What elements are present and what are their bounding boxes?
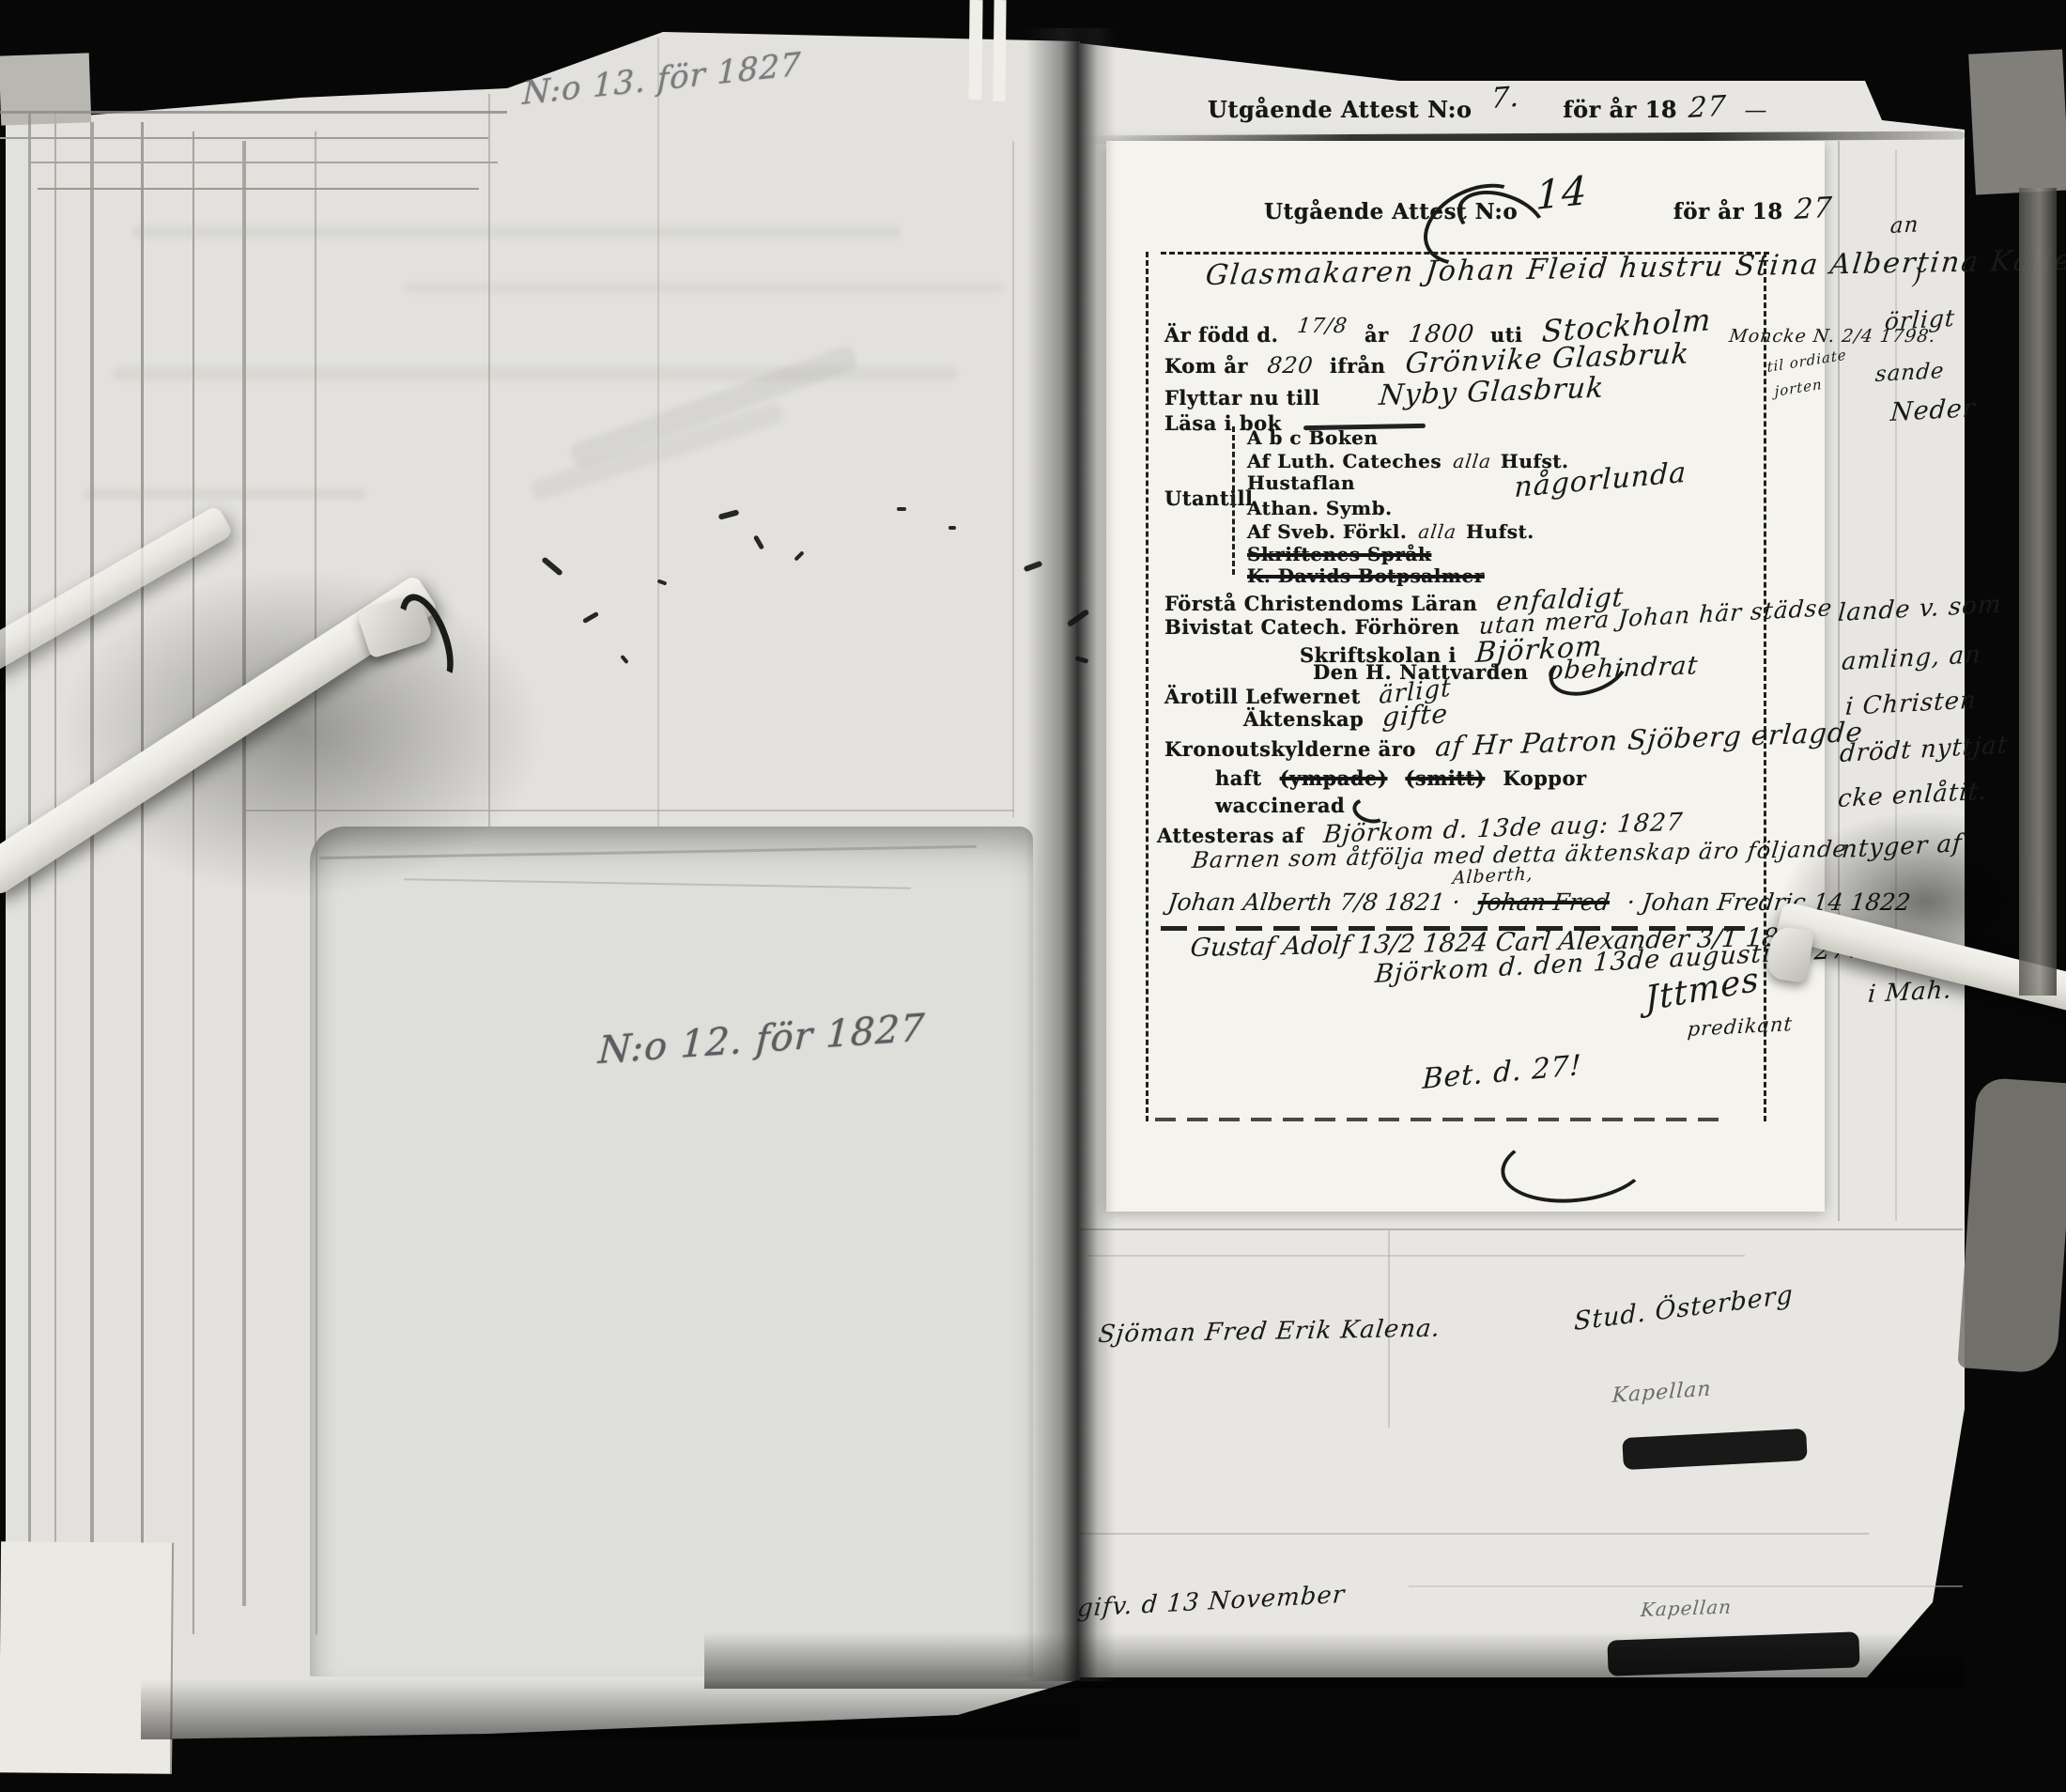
utantill-item-text: K. Davids Botpsalmer xyxy=(1247,564,1485,587)
person-line-row: Glasmakaren Johan Fleid hustru Stina Alb… xyxy=(1204,259,2066,292)
born-date-handwritten: 17/8 xyxy=(1296,315,1349,338)
utantill-item: Af Luth. Cateches alla Hufst. xyxy=(1247,450,1568,472)
paper-edge-line xyxy=(1409,1585,1963,1587)
pox-struck2: (smitt) xyxy=(1405,766,1485,790)
pox-row: haft (ympade) (smitt) Koppor xyxy=(1215,766,1587,790)
crease-line xyxy=(316,845,317,1634)
ghost-writing xyxy=(404,282,1005,293)
utantill-item: Hustaflan xyxy=(1247,471,1355,494)
utantill-item-text: Af Luth. Cateches xyxy=(1247,450,1442,472)
ghost-writing xyxy=(85,488,366,500)
utantill-item-struck: Skriftenes Språk xyxy=(1247,543,1431,565)
pox-struck1: (ympade) xyxy=(1280,766,1388,790)
moves-label: Flyttar nu till xyxy=(1164,386,1319,409)
pox-label: haft xyxy=(1215,766,1262,790)
margin-fragment: sande xyxy=(1874,359,1945,387)
bookmark-ribbon xyxy=(968,0,982,100)
header-year-handwritten: 27 xyxy=(1688,90,1728,125)
margin-fragment: örligt xyxy=(1884,304,1956,335)
attest-number-handwritten: 14 xyxy=(1535,167,1588,219)
utantill-item: Af Sveb. Förkl. alla Hufst. xyxy=(1247,520,1534,543)
ink-dash-underline xyxy=(1155,1118,1719,1121)
annotation-row1-left: Sjöman Fred Erik Kalena. xyxy=(1097,1315,1442,1349)
paper-edge-line xyxy=(1012,141,1014,817)
vaccinated-label: waccinerad xyxy=(1215,794,1345,817)
marriage-row: Äktenskap gifte xyxy=(1243,702,1448,733)
spine-shadow xyxy=(1025,28,1116,1681)
paper-edge-line xyxy=(1087,1255,1745,1257)
attest-sheet: Utgående Attest N:o 14 för år 18 27 Glas… xyxy=(1106,141,1825,1212)
taxes-row: Kronoutskylderne äro af Hr Patron Sjöber… xyxy=(1164,731,1862,763)
came-row: Kom år 820 ifrån Grönvike Glasbruk xyxy=(1164,348,1688,380)
paper-edge-line xyxy=(1080,1228,1963,1230)
utantill-item-struck: K. Davids Botpsalmer xyxy=(1247,564,1485,587)
receipt-scrawl: Bet. d. 27! xyxy=(1422,1049,1582,1096)
came-label: Kom år xyxy=(1164,354,1248,378)
header-printed-right: för år 18 xyxy=(1563,96,1677,123)
utantill-label-row: Utantill xyxy=(1164,487,1254,510)
communion-hw: obehindrat xyxy=(1547,651,1700,686)
creased-sheet xyxy=(310,826,1033,1676)
form-border-left xyxy=(1146,252,1149,1121)
header-printed-left: Utgående Attest N:o xyxy=(1208,96,1472,123)
paper-fragment xyxy=(1968,49,2066,194)
utantill-label: Utantill xyxy=(1164,487,1254,510)
pox-label2: Koppor xyxy=(1503,766,1586,790)
utantill-item-text: Skriftenes Språk xyxy=(1247,543,1431,565)
moves-place-handwritten: Nyby Glasbruk xyxy=(1378,372,1606,412)
paper-edge-line xyxy=(90,122,94,1672)
margin-note-2: jorten xyxy=(1774,376,1822,400)
attested-label: Attesteras af xyxy=(1157,824,1304,847)
utantill-item: A b c Boken xyxy=(1247,426,1378,449)
margin-fragment: an xyxy=(1889,212,1920,239)
ink-fragment xyxy=(897,507,906,511)
paper-edge-line xyxy=(0,111,507,114)
vaccinated-row: waccinerad xyxy=(1215,794,1345,817)
margin-fragment: Neder xyxy=(1889,394,1977,427)
utantill-item-hw: alla xyxy=(1452,450,1493,472)
paper-edge-line xyxy=(141,122,144,1662)
paper-fragment xyxy=(0,53,91,125)
utantill-item-text: Hustaflan xyxy=(1247,471,1355,494)
born-label: Är född d. xyxy=(1164,323,1278,347)
taxes-label: Kronoutskylderne äro xyxy=(1164,737,1416,761)
archival-photo: N:o 13. för 1827 N:o 12. för 1827 Utgåen… xyxy=(0,0,2066,1792)
children-line1b-struck: Johan Fred xyxy=(1476,888,1611,916)
form-border-right xyxy=(1764,252,1766,1121)
paper-edge-line xyxy=(1080,1533,1869,1535)
ink-flourish xyxy=(1497,1121,1652,1210)
paper-edge-line xyxy=(28,162,498,163)
came-label2: ifrån xyxy=(1330,354,1385,378)
paper-edge-line xyxy=(38,188,479,190)
margin-fragment: ) xyxy=(1912,264,1923,289)
annotation-row2-title: Kapellan xyxy=(1640,1596,1733,1621)
children-superscript: Alberth, xyxy=(1452,863,1534,888)
paper-fragment xyxy=(1957,1077,2066,1375)
paper-edge-line xyxy=(0,137,488,139)
attest-year-handwritten: 27 xyxy=(1794,192,1834,226)
catechism-label: Bivistat Catech. Förhören xyxy=(1164,615,1459,639)
attest-header: Utgående Attest N:o 14 för år 18 27 xyxy=(1264,182,1831,228)
utantill-item-hw: alla xyxy=(1417,520,1458,543)
utantill-item-text: A b c Boken xyxy=(1247,426,1378,449)
children-line1a: Johan Alberth 7/8 1821 · xyxy=(1166,888,1461,916)
paper-edge-line xyxy=(28,113,31,1672)
strap-shadow xyxy=(38,554,563,911)
page-bottom-shadow xyxy=(141,1679,1080,1739)
marriage-hw: gifte xyxy=(1381,698,1449,733)
attest-header-printed-right: för år 18 xyxy=(1673,199,1783,224)
paper-edge-line xyxy=(1838,141,1840,1221)
moves-row: Flyttar nu till Nyby Glasbruk xyxy=(1164,379,1602,412)
bookmark-ribbon xyxy=(993,0,1006,101)
right-page-header: Utgående Attest N:o 7. för år 18 27 — xyxy=(1208,92,1766,125)
utantill-item-text: Af Sveb. Förkl. xyxy=(1247,520,1407,543)
came-year-handwritten: 820 xyxy=(1266,352,1315,378)
utantill-item-text: Athan. Symb. xyxy=(1247,497,1393,519)
born-label2: år xyxy=(1364,323,1389,347)
paper-fragment xyxy=(2019,188,2057,996)
signature-title: predikant xyxy=(1687,1012,1794,1041)
utantill-item: Athan. Symb. xyxy=(1247,497,1393,519)
header-dash: — xyxy=(1743,97,1769,123)
ghost-writing xyxy=(131,225,902,239)
born-year-handwritten: 1800 xyxy=(1407,320,1476,348)
paper-edge-line xyxy=(54,113,56,1681)
utantill-item-text2: Hufst. xyxy=(1466,520,1534,543)
header-number-handwritten: 7. xyxy=(1490,81,1520,116)
taxes-hw: af Hr Patron Sjöberg erlagde xyxy=(1434,716,1864,763)
marriage-label: Äktenskap xyxy=(1243,707,1364,731)
utantill-brace xyxy=(1232,426,1235,575)
ink-fragment xyxy=(948,526,956,530)
